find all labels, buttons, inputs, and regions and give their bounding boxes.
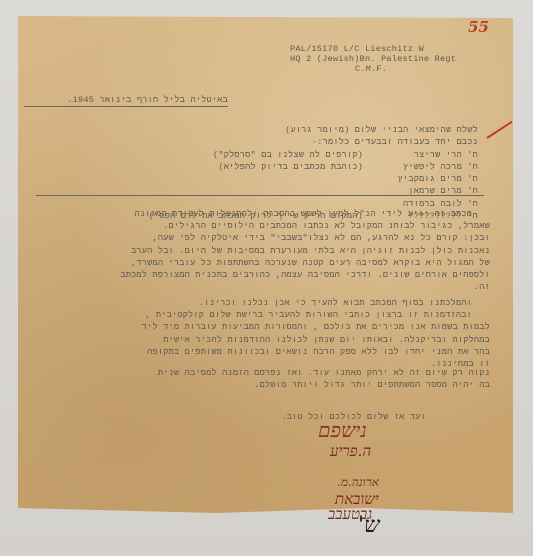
address-row: ח' הרי שריצר (קורפים לה שצלנו בם "סרסלק"… xyxy=(118,149,478,161)
address-intro-1: לשלח שהימצאי הבניי שלום (מיומר גרוע) xyxy=(118,124,478,136)
address-row: ח' מרכה ליפשיץ (כוהבת מכתבים בדיוק להפלי… xyxy=(118,161,478,173)
address-intro-2: נכבם יחד בעבודה ובבעדים כלומר:- xyxy=(118,136,478,148)
body-line: במחלקות ובריקנלה. ובאותו יום שנתן לכולנו… xyxy=(38,334,490,346)
page-number: 55 xyxy=(468,18,489,36)
signature-6: ש' xyxy=(358,512,380,538)
body-line: ובהזדמנות זו ברצון כותבי השורות להעביר ב… xyxy=(38,309,490,321)
body-line: בהר את המני יחדו לבו ללא ספק הרבה נושאים… xyxy=(38,346,490,358)
address-divider xyxy=(36,195,484,196)
addressee-note: (קורפים לה שצלנו בם "סרסלק") xyxy=(213,149,363,161)
body-line: שאמרל, כגיבור לבוחנ המקובל לא נכתבו המכת… xyxy=(38,220,490,232)
address-row: ח' מרים גוםקביץ xyxy=(118,173,478,185)
signature-3: ארונה.מ. xyxy=(337,475,379,490)
signature-2: ה.פריע xyxy=(330,442,371,461)
header-ref-line-1: PAL/15170 L/C Lieschitz W xyxy=(290,44,456,54)
body-line: נאכנות כולן לבנות זוגיהן היא בלתי מעורער… xyxy=(38,245,490,257)
signature-1: נישפם xyxy=(318,418,367,443)
header-reference: PAL/15170 L/C Lieschitz W HQ 2 (Jewish)B… xyxy=(290,44,456,74)
body-line: והמלכתנו בסוף המכתב תבוא להעיד כי אכן נכ… xyxy=(38,297,490,309)
header-ref-line-2: HQ 2 (Jewish)Bn. Palestine Regt xyxy=(290,54,456,64)
addressee-name: ח' מרים גוםקביץ xyxy=(383,173,478,185)
body-line: ובכן: קורם כל נא להרגע, הם לא נצלו"בשבבי… xyxy=(38,232,490,244)
body-paragraph-2: והמלכתנו בסוף המכתב תבוא להעיד כי אכן נכ… xyxy=(38,297,490,370)
body-line: ולספחים אורחים שונים. ודרכי המסיבה עצמה,… xyxy=(38,269,490,281)
date-line: באיטליה בליל חורף בינואר 1945. xyxy=(24,95,228,107)
body-line: נקוה רק שיום זה לא ירחק מאתנו עוד. ואז נ… xyxy=(38,367,490,379)
body-line: לבמות בשמות אנו מכירים את כולכם , והמסור… xyxy=(38,321,490,333)
body-line: זה. xyxy=(38,281,490,293)
body-line: מכתב זה יגיע לידי הנ"ל למען לשמש כהסברה … xyxy=(38,208,490,220)
header-ref-line-3: C.M.F. xyxy=(290,64,456,74)
body-paragraph-1: מכתב זה יגיע לידי הנ"ל למען לשמש כהסברה … xyxy=(38,208,490,293)
body-line: של המגול היא בוקרא למסיבה רעים קטנה שנער… xyxy=(38,257,490,269)
addressee-name: ח' מרכה ליפשיץ xyxy=(383,161,478,173)
addressee-name: ח' הרי שריצר xyxy=(383,149,478,161)
addressee-note: (כוהבת מכתבים בדיוק להפליא) xyxy=(218,161,363,173)
body-paragraph-3: נקוה רק שיום זה לא ירחק מאתנו עוד. ואז נ… xyxy=(38,367,490,391)
closing-line: ועד אז שלום לכולכם וכל טוב. xyxy=(200,412,426,422)
body-line: בה יהיה מספר המשתתפים יותר גדול ויותר מו… xyxy=(38,379,490,391)
